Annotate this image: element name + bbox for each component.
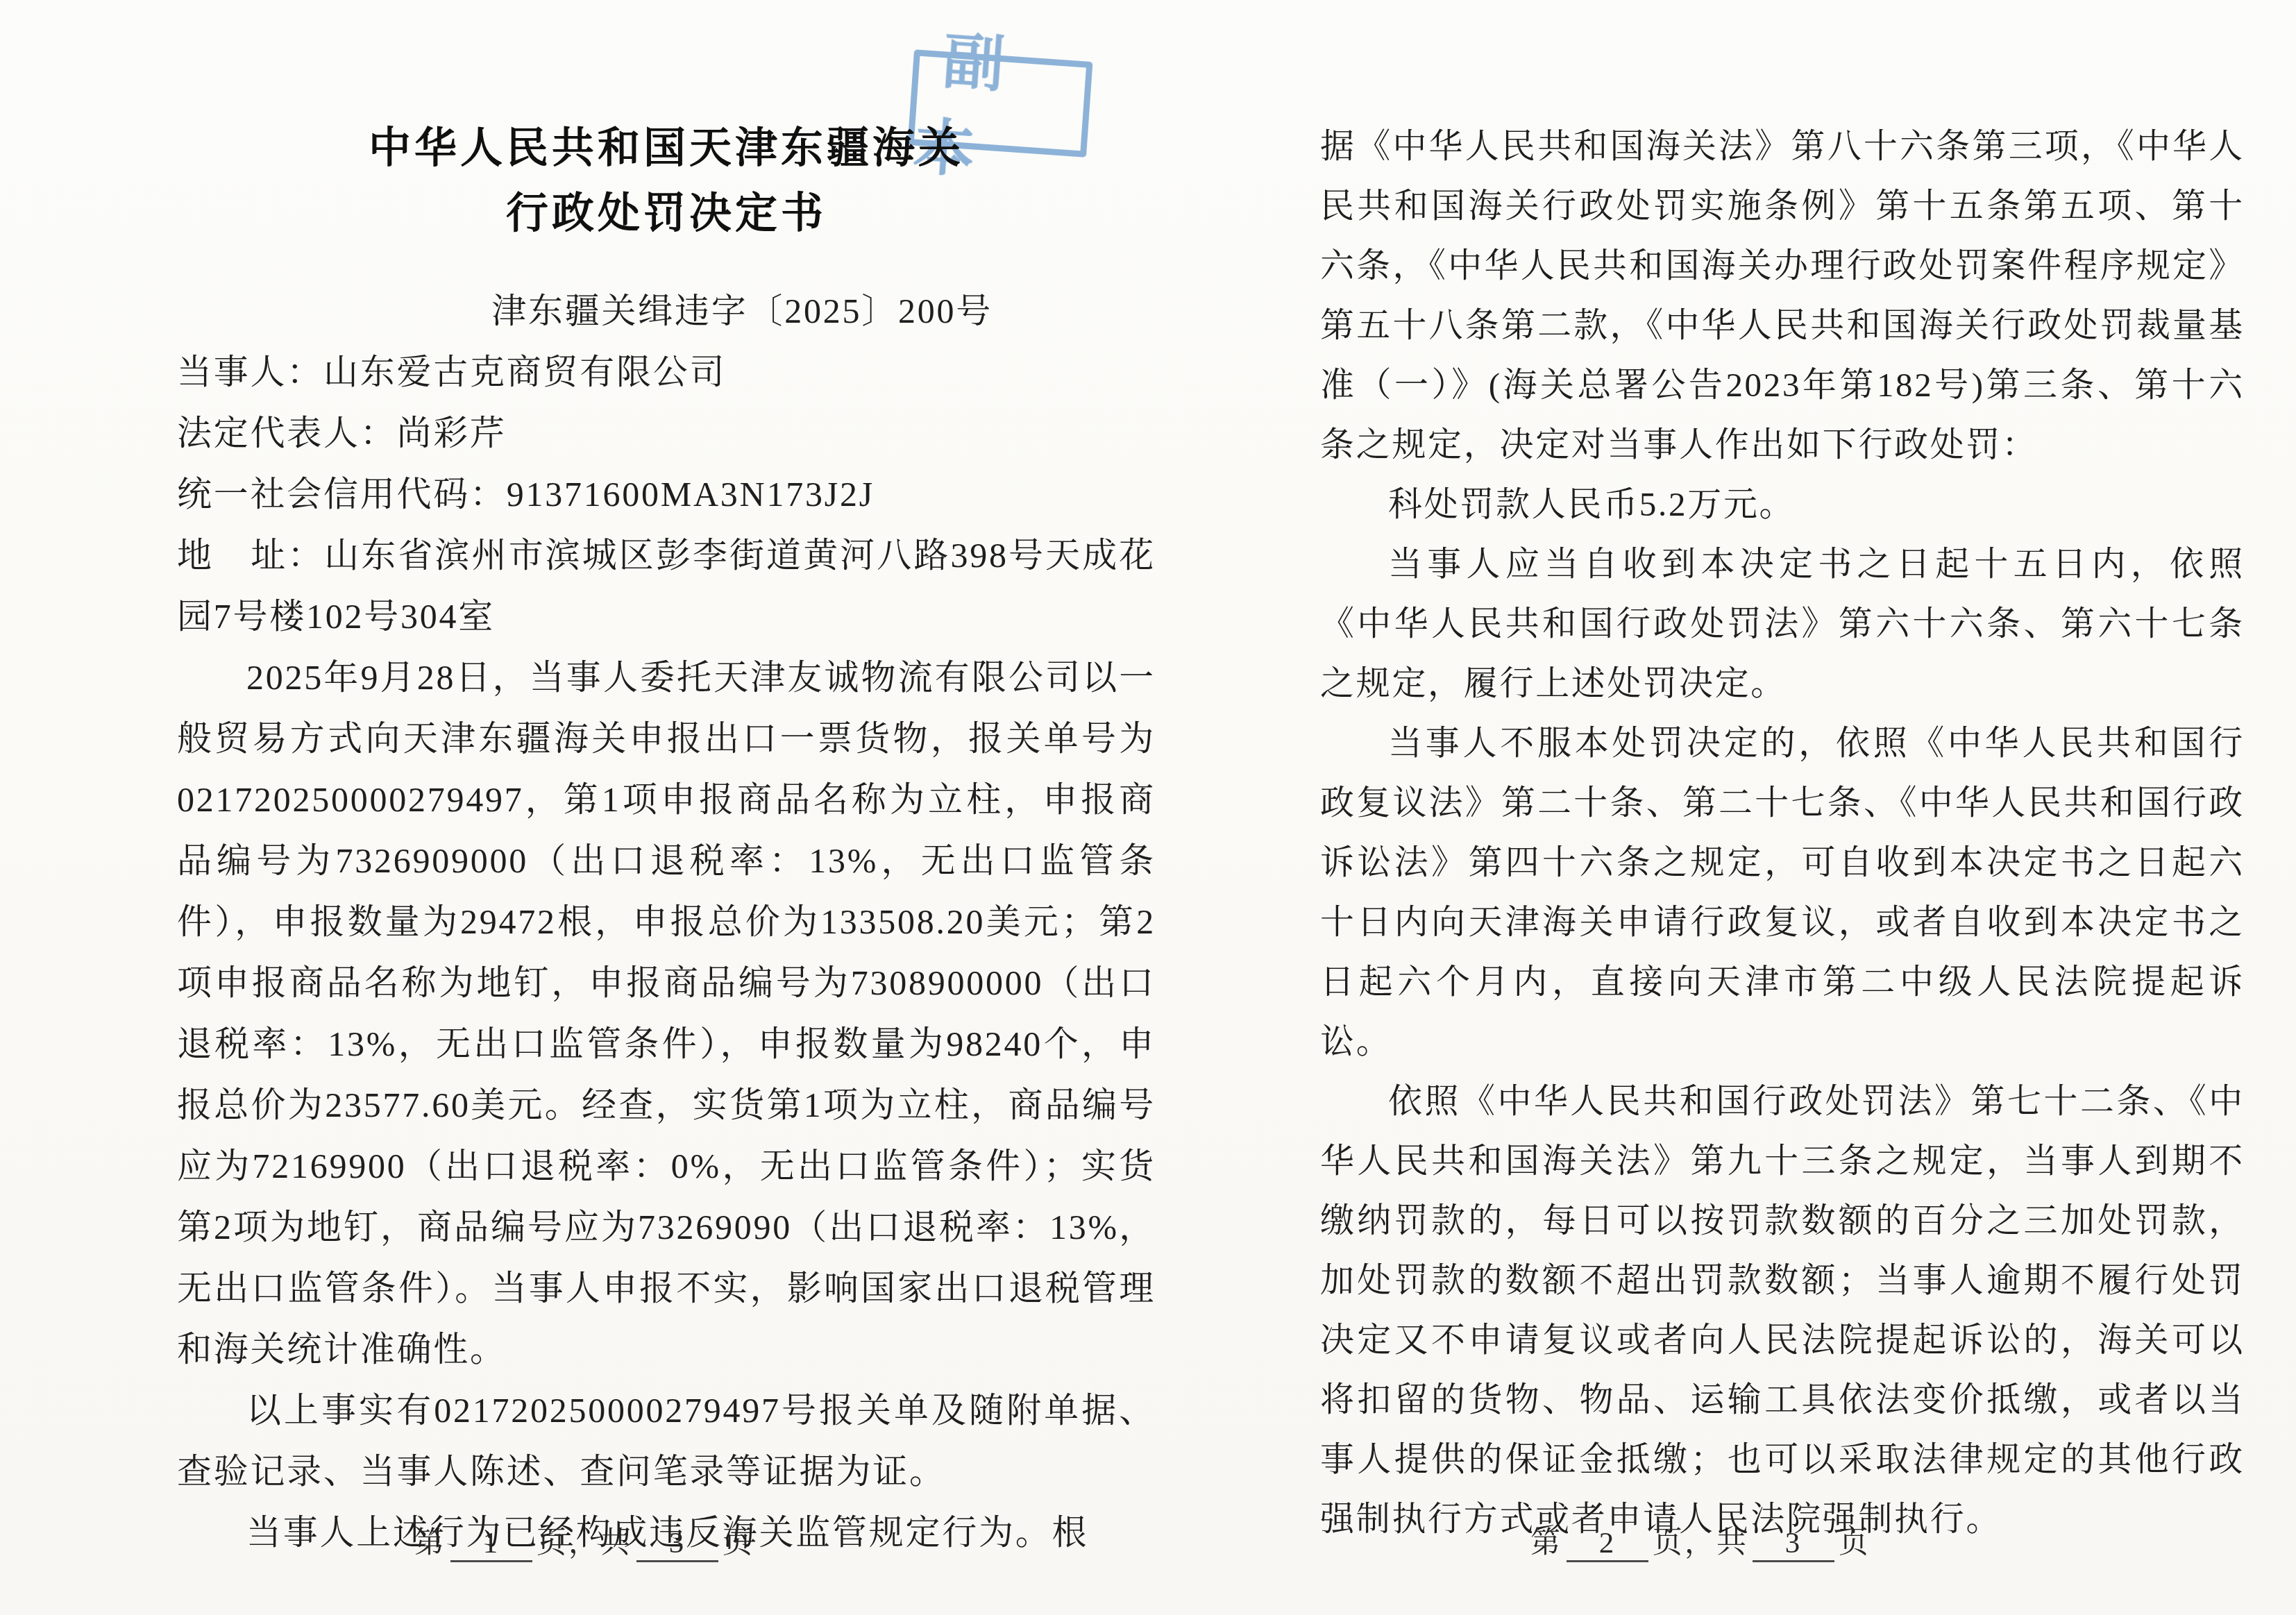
- evidence-paragraph: 以上事实有021720250000279497号报关单及随附单据、查验记录、当事…: [177, 1380, 1156, 1502]
- title-line-2: 行政处罚决定书: [177, 182, 1156, 247]
- footer-prefix: 第: [1530, 1527, 1562, 1559]
- page-1-footer: 第1页，共3页: [414, 1524, 734, 1563]
- page-number: 2: [1567, 1526, 1648, 1562]
- legal-representative-line: 法定代表人：尚彩芹: [177, 403, 1156, 464]
- page-2-footer: 第2页，共3页: [1530, 1524, 1850, 1563]
- document-title: 中华人民共和国天津东疆海关 行政处罚决定书: [177, 117, 1156, 247]
- facts-paragraph: 2025年9月28日，当事人委托天津友诚物流有限公司以一般贸易方式向天津东疆海关…: [177, 647, 1156, 1380]
- scanned-document: 副本 中华人民共和国天津东疆海关 行政处罚决定书 津东疆关缉违字〔2025〕20…: [0, 0, 2296, 1615]
- total-pages: 3: [636, 1526, 718, 1562]
- credit-code-line: 统一社会信用代码：91371600MA3N173J2J: [177, 464, 1156, 525]
- footer-mid: 页，共: [537, 1527, 632, 1559]
- page-number: 1: [450, 1526, 532, 1562]
- address-line: 地 址：山东省滨州市滨城区彭李街道黄河八路398号天成花园7号楼102号304室: [177, 525, 1156, 647]
- penalty-amount-paragraph: 科处罚款人民币5.2万元。: [1320, 475, 2245, 534]
- page-2: 据《中华人民共和国海关法》第八十六条第三项，《中华人民共和国海关行政处罚实施条例…: [1320, 117, 2245, 1549]
- appeal-rights-paragraph: 当事人不服本处罚决定的，依照《中华人民共和国行政复议法》第二十条、第二十七条、《…: [1320, 713, 2245, 1072]
- page-1: 中华人民共和国天津东疆海关 行政处罚决定书 津东疆关缉违字〔2025〕200号 …: [177, 117, 1156, 1563]
- party-line: 当事人：山东爱古克商贸有限公司: [177, 341, 1156, 403]
- document-number: 津东疆关缉违字〔2025〕200号: [177, 280, 1156, 341]
- payment-deadline-paragraph: 当事人应当自收到本决定书之日起十五日内，依照《中华人民共和国行政处罚法》第六十六…: [1320, 534, 2245, 713]
- total-pages: 3: [1753, 1526, 1834, 1562]
- footer-prefix: 第: [414, 1527, 446, 1559]
- enforcement-paragraph: 依照《中华人民共和国行政处罚法》第七十二条、《中华人民共和国海关法》第九十三条之…: [1320, 1072, 2245, 1549]
- footer-mid: 页，共: [1653, 1527, 1748, 1559]
- title-line-1: 中华人民共和国天津东疆海关: [177, 117, 1156, 182]
- footer-suffix: 页: [1839, 1527, 1871, 1559]
- legal-basis-paragraph: 据《中华人民共和国海关法》第八十六条第三项，《中华人民共和国海关行政处罚实施条例…: [1320, 117, 2245, 475]
- footer-suffix: 页: [723, 1527, 754, 1559]
